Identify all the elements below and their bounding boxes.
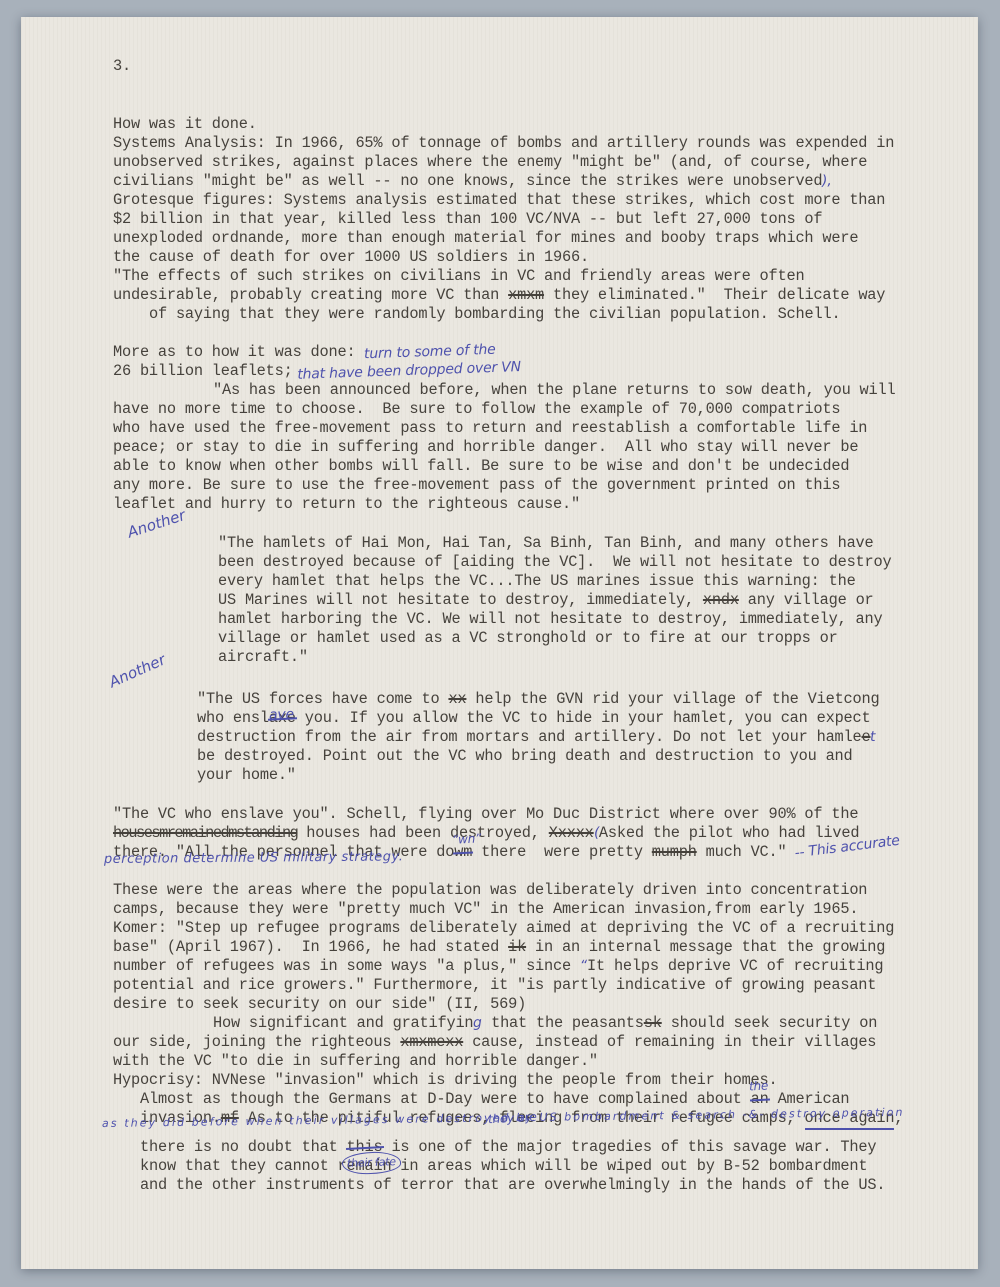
document-line: base" (April 1967). In 1966, he had stat… (113, 938, 958, 957)
handwritten-correction: the (748, 1077, 768, 1097)
page-number: 3. (113, 57, 958, 76)
typed-text: peace; or stay to die in suffering and h… (113, 438, 858, 456)
typed-text: and the other instruments of terror that… (140, 1176, 885, 1194)
typed-text: hamlet harboring the VC. We will not hes… (218, 610, 883, 628)
typed-text: that the peasants (482, 1014, 644, 1032)
typed-text: "The US forces have come to (197, 690, 448, 708)
document-line: have no more time to choose. Be sure to … (113, 400, 958, 419)
typed-text: able to know when other bombs will fall.… (113, 457, 849, 475)
document-line: who enslaxeave you. If you allow the VC … (113, 709, 958, 728)
document-line: peace; or stay to die in suffering and h… (113, 438, 958, 457)
typed-text: who have used the free-movement pass to … (113, 419, 867, 437)
document-line: and the other instruments of terror that… (113, 1176, 958, 1195)
document-line: unexploded ordnande, more than enough ma… (113, 229, 958, 248)
typed-text: Systems Analysis: In 1966, 65% of tonnag… (113, 134, 894, 152)
typed-text: base" (April 1967). In 1966, he had stat… (113, 938, 508, 956)
typed-text: "The effects of such strikes on civilian… (113, 267, 804, 285)
typed-text: US Marines will not hesitate to destroy,… (218, 591, 703, 609)
typed-text: number of refugees was in some ways "a p… (113, 957, 580, 975)
typed-text: you. If you allow the VC to hide in your… (296, 709, 871, 727)
typed-text: who ensl (197, 709, 269, 727)
document-line: your home." (113, 766, 958, 785)
document-line: who have used the free-movement pass to … (113, 419, 958, 438)
document-line: leaflet and hurry to return to the right… (113, 495, 958, 514)
typed-text: there were pretty (472, 843, 652, 861)
typed-text: village or hamlet used as a VC stronghol… (218, 629, 838, 647)
typed-text: unobserved strikes, against places where… (113, 153, 867, 171)
typed-text: have no more time to choose. Be sure to … (113, 400, 840, 418)
document-line: Grotesque figures: Systems analysis esti… (113, 191, 958, 210)
margin-handwritten-note: perception determine US military strateg… (104, 849, 403, 867)
document-line: with the VC "to die in suffering and hor… (113, 1052, 958, 1071)
document-line: "The hamlets of Hai Mon, Hai Tan, Sa Bin… (113, 534, 958, 553)
typed-text: 26 billion leaflets; (113, 362, 293, 380)
typed-text: should seek security on (662, 1014, 878, 1032)
scanned-document-page: 3. How was it done.Systems Analysis: In … (0, 0, 1000, 1287)
handwritten-inline-note: ), (822, 172, 832, 191)
paper-sheet: 3. How was it done.Systems Analysis: In … (21, 17, 978, 1269)
typed-text: It helps deprive VC of recruiting (587, 957, 883, 975)
handwritten-inline-note: g (473, 1014, 482, 1033)
document-line: Komer: "Step up refugee programs deliber… (113, 919, 958, 938)
typed-text: undesirable, probably creating more VC t… (113, 286, 508, 304)
document-line: the cause of death for over 1000 US sold… (113, 248, 958, 267)
typed-text: potential and rice growers." Furthermore… (113, 976, 876, 994)
document-line: hamlet harboring the VC. We will not hes… (113, 610, 958, 629)
typed-text: every hamlet that helps the VC...The US … (218, 572, 856, 590)
typed-text-column: 3. How was it done.Systems Analysis: In … (113, 57, 958, 1195)
struck-out-text: Xxxxx (549, 824, 594, 842)
struck-out-text: xndx (703, 591, 739, 609)
document-line: civilians "might be" as well -- no one k… (113, 172, 958, 191)
document-line: potential and rice growers." Furthermore… (113, 976, 958, 995)
typed-text: any more. Be sure to use the free-moveme… (113, 476, 840, 494)
document-line: "The VC who enslave you". Schell, flying… (113, 805, 958, 824)
document-line: How significant and gratifying that the … (113, 1014, 958, 1033)
typed-text: civilians "might be" as well -- no one k… (113, 172, 822, 190)
annotated-text-anchor: anthe (751, 1090, 769, 1109)
document-line: How was it done. (113, 115, 958, 134)
document-line: of saying that they were randomly bombar… (113, 305, 958, 324)
typed-text: help the GVN rid your village of the Vie… (466, 690, 879, 708)
typed-text: with the VC "to die in suffering and hor… (113, 1052, 598, 1070)
typed-text: been destroyed because of [aiding the VC… (218, 553, 891, 571)
document-line: camps, because they were "pretty much VC… (113, 900, 958, 919)
handwritten-inline-note: ( (593, 824, 599, 843)
document-line: "The US forces have come to xx help the … (113, 690, 958, 709)
typed-text: Grotesque figures: Systems analysis esti… (113, 191, 885, 209)
document-line: know that they cannot remain in areas wh… (113, 1157, 958, 1176)
typed-text: know that they cannot remain in areas wh… (140, 1157, 867, 1175)
document-line: More as to how it was done: turn to some… (113, 343, 958, 362)
typed-text: houses had been destroyed, (297, 824, 548, 842)
document-line: "The effects of such strikes on civilian… (113, 267, 958, 286)
struck-out-text: xmxmexx (400, 1033, 463, 1051)
document-line: $2 billion in that year, killed less tha… (113, 210, 958, 229)
typed-text: unexploded ordnande, more than enough ma… (113, 229, 858, 247)
document-line: US Marines will not hesitate to destroy,… (113, 591, 958, 610)
typed-text: $2 billion in that year, killed less tha… (113, 210, 822, 228)
typed-text: they eliminated." Their delicate way (544, 286, 885, 304)
handwritten-correction: ave (269, 706, 295, 726)
typed-text: any village or (739, 591, 874, 609)
struck-out-text: sk (644, 1014, 662, 1032)
typed-text: there is no doubt that (140, 1138, 347, 1156)
typed-text: Asked the pilot who had lived (599, 824, 859, 842)
document-line: unobserved strikes, against places where… (113, 153, 958, 172)
document-line: number of refugees was in some ways "a p… (113, 957, 958, 976)
typed-text: in an internal message that the growing (526, 938, 885, 956)
document-line: Systems Analysis: In 1966, 65% of tonnag… (113, 134, 958, 153)
typed-text: your home." (197, 766, 296, 784)
struck-out-text: ik (508, 938, 526, 956)
document-line: undesirable, probably creating more VC t… (113, 286, 958, 305)
annotated-text-anchor: thistheir fate (347, 1138, 383, 1157)
document-line: be destroyed. Point out the VC who bring… (113, 747, 958, 766)
document-line: aircraft." (113, 648, 958, 667)
typed-text: of saying that they were randomly bombar… (149, 305, 840, 323)
struck-out-text: housesmremainedmstanding (113, 824, 297, 842)
document-line: desire to seek security on our side" (II… (113, 995, 958, 1014)
struck-out-text: mumph (652, 843, 697, 861)
typed-text: destruction from the air from mortars an… (197, 728, 862, 746)
document-line: 26 billion leaflets; that have been drop… (113, 362, 958, 381)
typed-text: cause, instead of remaining in their vil… (463, 1033, 876, 1051)
struck-out-text: xx (448, 690, 466, 708)
typed-text: "The VC who enslave you". Schell, flying… (113, 805, 858, 823)
typed-text: is one of the major tragedies of this sa… (382, 1138, 876, 1156)
typed-text: How significant and gratifyin (213, 1014, 473, 1032)
document-line: "As has been announced before, when the … (113, 381, 958, 400)
document-line: our side, joining the righteous xmxmexx … (113, 1033, 958, 1052)
typed-text: be destroyed. Point out the VC who bring… (197, 747, 853, 765)
typed-text: "The hamlets of Hai Mon, Hai Tan, Sa Bin… (218, 534, 874, 552)
handwritten-correction: “wn” (452, 829, 482, 849)
document-line: able to know when other bombs will fall.… (113, 457, 958, 476)
typed-text: Almost as though the Germans at D-Day we… (140, 1090, 751, 1108)
document-line: village or hamlet used as a VC stronghol… (113, 629, 958, 648)
document-line: any more. Be sure to use the free-moveme… (113, 476, 958, 495)
typed-text: More as to how it was done: (113, 343, 364, 361)
document-line: These were the areas where the populatio… (113, 881, 958, 900)
document-line: destruction from the air from mortars an… (113, 728, 958, 747)
annotated-text-anchor: wm“wn” (454, 843, 472, 862)
typed-text: camps, because they were "pretty much VC… (113, 900, 858, 918)
typed-text: desire to seek security on our side" (II… (113, 995, 526, 1013)
typed-text: Hypocrisy: NVNese "invasion" which is dr… (113, 1071, 778, 1089)
typed-text: much VC." (697, 843, 796, 861)
document-line: been destroyed because of [aiding the VC… (113, 553, 958, 572)
typed-text: our side, joining the righteous (113, 1033, 400, 1051)
document-line: Hypocrisy: NVNese "invasion" which is dr… (113, 1071, 958, 1090)
typed-text: Komer: "Step up refugee programs deliber… (113, 919, 894, 937)
typed-text: How was it done. (113, 115, 257, 133)
typed-text: aircraft." (218, 648, 308, 666)
typed-text: These were the areas where the populatio… (113, 881, 867, 899)
typed-text: the cause of death for over 1000 US sold… (113, 248, 589, 266)
document-line: every hamlet that helps the VC...The US … (113, 572, 958, 591)
handwritten-inline-note: “ (580, 957, 588, 976)
struck-out-text: xmxm (508, 286, 544, 304)
document-line: there is no doubt that thistheir fate is… (113, 1138, 958, 1157)
handwritten-inline-note: t (870, 728, 876, 747)
typed-text: American (769, 1090, 850, 1108)
annotated-text-anchor: axeave (269, 709, 296, 728)
